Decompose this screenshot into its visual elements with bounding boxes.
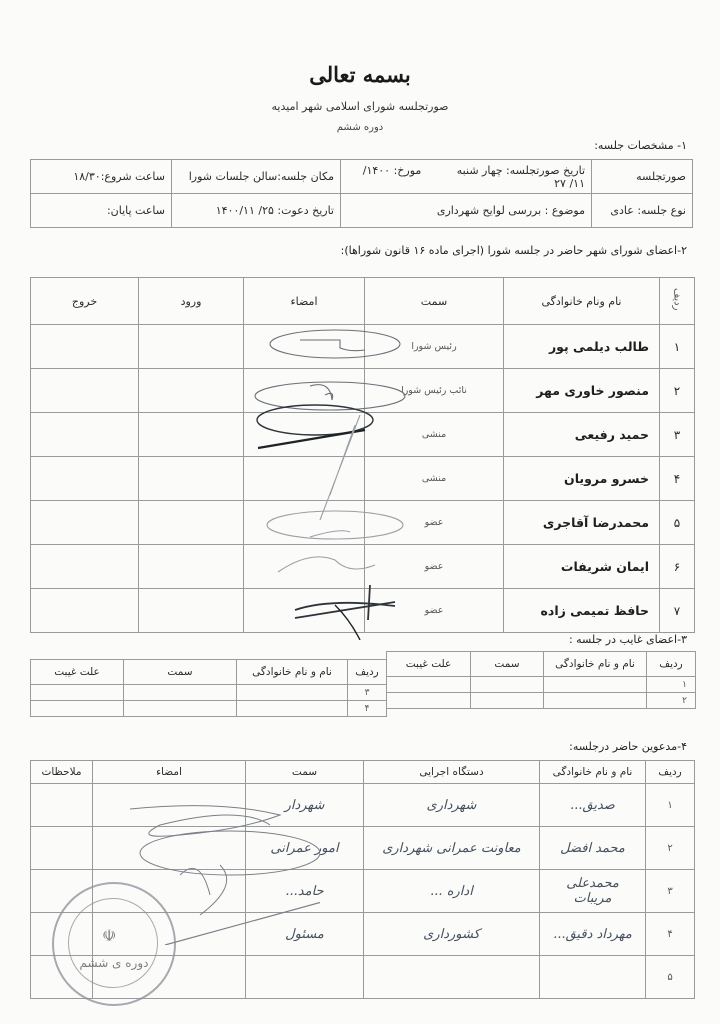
signature-cell — [244, 325, 365, 369]
row-number: ۳ — [348, 685, 387, 701]
table-row: ۲ — [387, 693, 696, 709]
row-number: ۴ — [660, 457, 695, 501]
row-number: ۲ — [660, 369, 695, 413]
meeting-date-label: تاریخ صورتجلسه: چهار شنبه — [457, 164, 585, 177]
signature-cell — [244, 413, 365, 457]
col-signature: امضاء — [244, 278, 365, 325]
present-members-table: ردیف نام ونام خانوادگی سمت امضاء ورود خر… — [30, 277, 695, 633]
entry-cell — [139, 413, 244, 457]
subject-cell: موضوع : بررسی لوایح شهرداری — [341, 194, 592, 228]
row-number: ۳ — [660, 413, 695, 457]
table-row: ۴ خسرو مرویان منشی — [31, 457, 695, 501]
member-name: ایمان شریفات — [504, 545, 660, 589]
table-row: ۱ طالب دیلمی پور رئیس شورا — [31, 325, 695, 369]
col-position: سمت — [471, 652, 544, 677]
col-full-name: نام و نام خانوادگی — [540, 761, 646, 784]
absent-members-table-left: ردیف نام و نام خانوادگی سمت علت غیبت ۳ ۴ — [30, 659, 387, 717]
guest-role — [246, 956, 364, 999]
guest-role: امور عمرانی — [246, 827, 364, 870]
exit-cell — [31, 501, 139, 545]
member-name: حمید رفیعی — [504, 413, 660, 457]
row-number: ۵ — [660, 501, 695, 545]
exit-cell — [31, 413, 139, 457]
table-row: ۵ محمدرضا آقاجری عضو — [31, 501, 695, 545]
col-notes: ملاحظات — [31, 761, 93, 784]
section4-heading: ۴-مدعوین حاضر درجلسه: — [569, 740, 687, 753]
member-role: عضو — [365, 545, 504, 589]
doc-type-cell: صورتجلسه — [592, 160, 693, 194]
document-subtitle: صورتجلسه شورای اسلامی شهر امیدیه — [0, 100, 720, 113]
member-name: طالب دیلمی پور — [504, 325, 660, 369]
exit-cell — [31, 589, 139, 633]
guest-agency: شهرداری — [364, 784, 540, 827]
document-title: بسمه تعالی — [0, 62, 720, 87]
location-cell: مکان جلسه:سالن جلسات شورا — [172, 160, 341, 194]
col-row-number: ردیف — [348, 660, 387, 685]
exit-cell — [31, 369, 139, 413]
section1-heading: ۱- مشخصات جلسه: — [594, 139, 687, 152]
council-stamp: ☫ دوره ی ششم — [52, 882, 176, 1006]
entry-cell — [139, 501, 244, 545]
table-row: ۷ حافظ تمیمی زاده عضو — [31, 589, 695, 633]
member-role: رئیس شورا — [365, 325, 504, 369]
col-absence-reason: علت غیبت — [31, 660, 124, 685]
member-name: منصور خاوری مهر — [504, 369, 660, 413]
signature-cell — [244, 501, 365, 545]
end-time-cell: ساعت پایان: — [31, 194, 172, 228]
council-period: دوره ششم — [0, 122, 720, 133]
notes-cell — [31, 827, 93, 870]
guest-agency: اداره ... — [364, 870, 540, 913]
guest-agency — [364, 956, 540, 999]
guest-name: مهرداد دقیق... — [540, 913, 646, 956]
entry-cell — [139, 457, 244, 501]
exit-cell — [31, 325, 139, 369]
row-number: ۲ — [646, 827, 695, 870]
stamp-text: دوره ی ششم — [54, 956, 174, 970]
entry-cell — [139, 325, 244, 369]
col-row-number: ردیف — [647, 652, 696, 677]
col-agency: دستگاه اجرایی — [364, 761, 540, 784]
table-row: ۱ — [387, 677, 696, 693]
table-row: ۲ منصور خاوری مهر نائب رئیس شورا — [31, 369, 695, 413]
signature-cell — [244, 545, 365, 589]
col-full-name: نام و نام خانوادگی — [544, 652, 647, 677]
member-role: منشی — [365, 413, 504, 457]
member-name: حافظ تمیمی زاده — [504, 589, 660, 633]
col-position: سمت — [246, 761, 364, 784]
col-row-number: ردیف — [660, 278, 695, 325]
guest-name: محمدعلی مریبات — [540, 870, 646, 913]
section3-heading: ۳-اعضای غایب در جلسه : — [569, 633, 687, 646]
row-number: ۴ — [646, 913, 695, 956]
notes-cell — [31, 784, 93, 827]
exit-cell — [31, 545, 139, 589]
member-name: محمدرضا آقاجری — [504, 501, 660, 545]
table-row: ۶ ایمان شریفات عضو — [31, 545, 695, 589]
row-number: ۱ — [647, 677, 696, 693]
col-row-number: ردیف — [646, 761, 695, 784]
entry-cell — [139, 369, 244, 413]
guest-role: مسئول — [246, 913, 364, 956]
col-position: سمت — [365, 278, 504, 325]
meeting-date-cell: تاریخ صورتجلسه: چهار شنبه مورخ: ۱۴۰۰/ ۱۱… — [341, 160, 592, 194]
invite-date-cell: تاریخ دعوت: ۲۵/ ۱۴۰۰/۱۱ — [172, 194, 341, 228]
table-row: ۴ — [31, 701, 387, 717]
row-number: ۴ — [348, 701, 387, 717]
meeting-type-cell: نوع جلسه: عادی — [592, 194, 693, 228]
table-row: ۳ — [31, 685, 387, 701]
guest-agency: معاونت عمرانی شهرداری — [364, 827, 540, 870]
col-position: سمت — [124, 660, 237, 685]
guest-name: صدیق... — [540, 784, 646, 827]
row-number: ۳ — [646, 870, 695, 913]
row-number: ۱ — [646, 784, 695, 827]
col-entry: ورود — [139, 278, 244, 325]
meeting-details-table: صورتجلسه تاریخ صورتجلسه: چهار شنبه مورخ:… — [30, 159, 693, 228]
signature-cell — [244, 589, 365, 633]
signature-cell — [93, 827, 246, 870]
row-number: ۶ — [660, 545, 695, 589]
col-full-name: نام و نام خانوادگی — [237, 660, 348, 685]
guest-name: محمد افضل — [540, 827, 646, 870]
guest-name — [540, 956, 646, 999]
table-row: ۲ محمد افضل معاونت عمرانی شهرداری امور ع… — [31, 827, 695, 870]
col-absence-reason: علت غیبت — [387, 652, 471, 677]
entry-cell — [139, 545, 244, 589]
row-number: ۱ — [660, 325, 695, 369]
col-full-name: نام ونام خانوادگی — [504, 278, 660, 325]
member-name: خسرو مرویان — [504, 457, 660, 501]
table-row: ۱ صدیق... شهرداری شهردار — [31, 784, 695, 827]
section2-heading: ۲-اعضای شورای شهر حاضر در جلسه شورا (اجر… — [341, 244, 687, 257]
member-role: منشی — [365, 457, 504, 501]
signature-cell — [244, 457, 365, 501]
member-role: نائب رئیس شورا — [365, 369, 504, 413]
entry-cell — [139, 589, 244, 633]
emblem-icon: ☫ — [102, 926, 116, 945]
row-number: ۲ — [647, 693, 696, 709]
guest-agency: کشورداری — [364, 913, 540, 956]
start-time-cell: ساعت شروع:۱۸/۳۰ — [31, 160, 172, 194]
row-number: ۵ — [646, 956, 695, 999]
member-role: عضو — [365, 501, 504, 545]
col-signature: امضاء — [93, 761, 246, 784]
member-role: عضو — [365, 589, 504, 633]
col-exit: خروج — [31, 278, 139, 325]
absent-members-table-right: ردیف نام و نام خانوادگی سمت علت غیبت ۱ ۲ — [386, 651, 696, 709]
signature-cell — [93, 784, 246, 827]
row-number: ۷ — [660, 589, 695, 633]
exit-cell — [31, 457, 139, 501]
guest-role: شهردار — [246, 784, 364, 827]
table-row: ۳ حمید رفیعی منشی — [31, 413, 695, 457]
guest-role: حامد... — [246, 870, 364, 913]
signature-cell — [244, 369, 365, 413]
